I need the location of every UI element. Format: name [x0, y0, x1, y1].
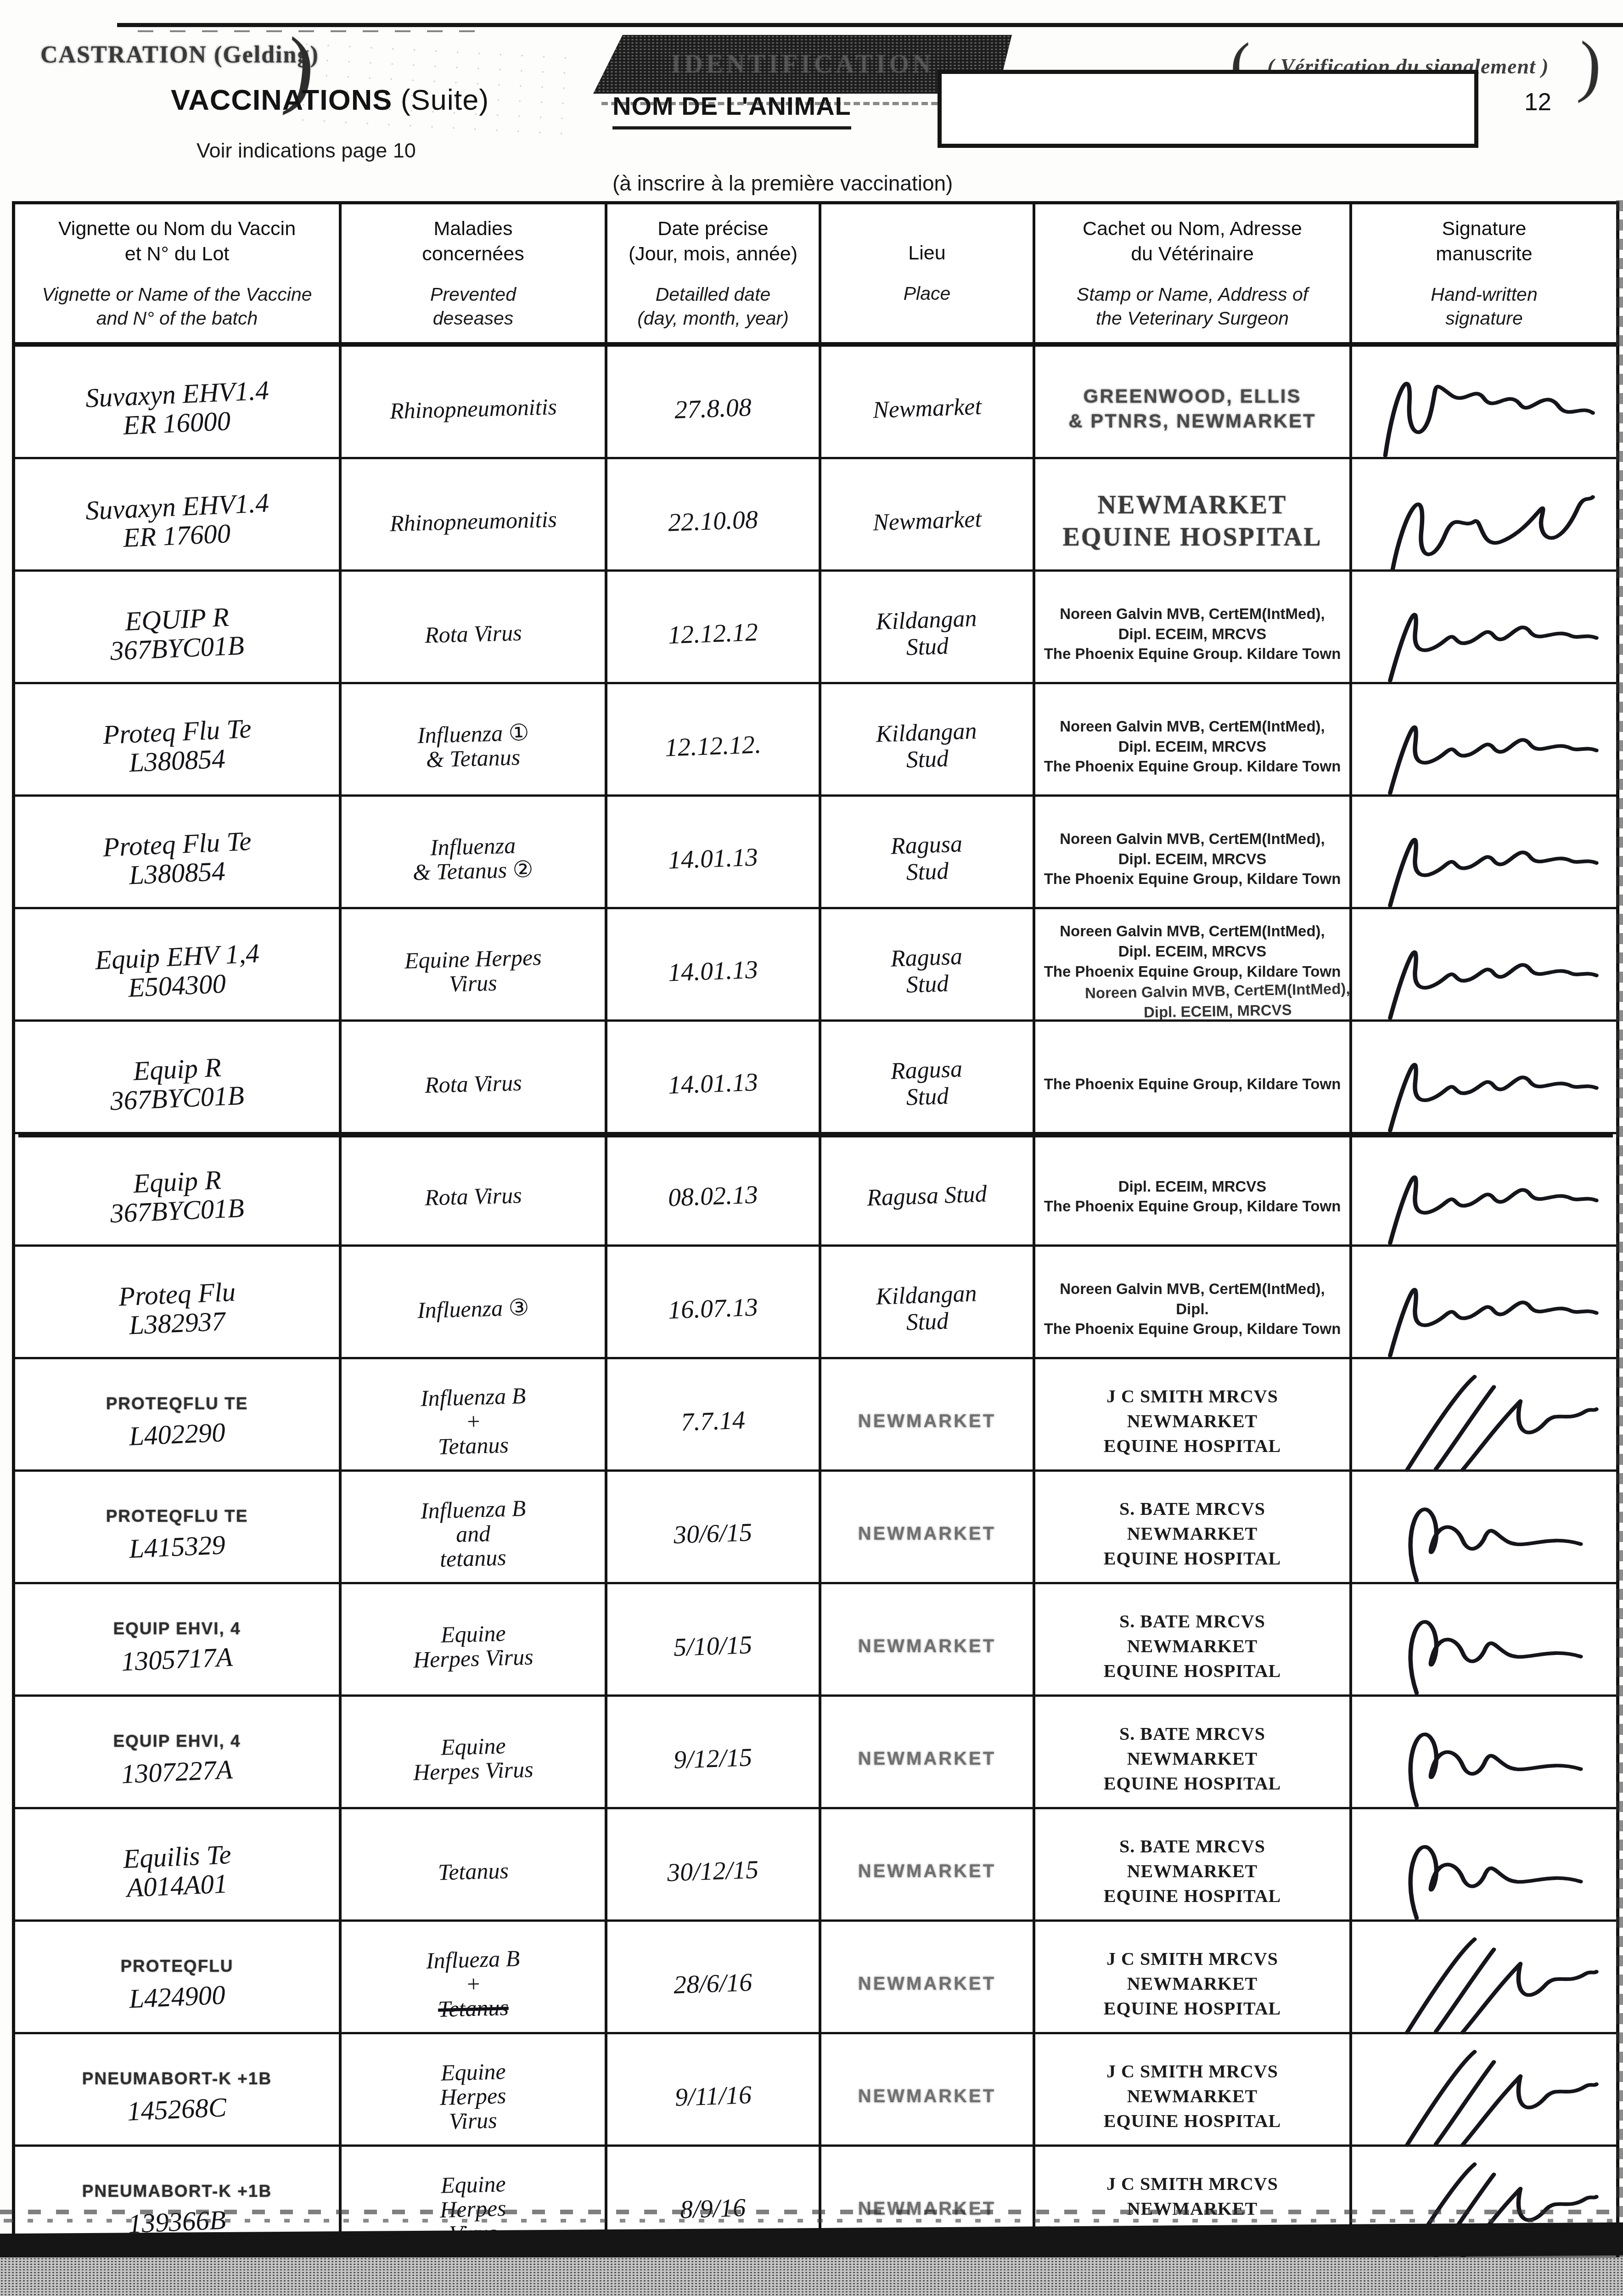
vet-stamp-line: NEWMARKET — [1127, 1521, 1258, 1546]
table-row: PROTEQFLUL424900Influeza B+Tetanus28/6/1… — [15, 1922, 1616, 2034]
disease-cell: Influenza ①& Tetanus — [342, 684, 607, 809]
disease-cell: EquineHerpes Virus — [342, 1697, 607, 1821]
place-cell: NEWMARKET — [821, 1809, 1035, 1934]
vet-stamp-line: Noreen Galvin MVB, CertEM(IntMed), — [1060, 604, 1325, 624]
vet-stamp-line: J C SMITH MRCVS — [1106, 2059, 1278, 2084]
vaccine-cell: Proteq Flu TeL380854 — [15, 797, 342, 921]
vet-stamp-cell: S. BATE MRCVSNEWMARKETEQUINE HOSPITAL — [1035, 1472, 1352, 1596]
vaccine-cell: Equip R367BYC01B — [15, 1134, 342, 1259]
place-text: Ragusa Stud — [866, 1181, 987, 1212]
signature-scribble — [1364, 1033, 1605, 1135]
top-edge-line — [117, 23, 1623, 27]
vet-stamp-line: EQUINE HOSPITAL — [1104, 1546, 1281, 1571]
place-text: Kildangan Stud — [876, 1280, 978, 1337]
disease-line: Tetanus — [438, 1433, 509, 1459]
vaccine-cell: PROTEQFLU TEL415329 — [15, 1472, 342, 1596]
col-header-vaccine-fr: Vignette ou Nom du Vaccin et N° du Lot — [58, 216, 296, 267]
place-text: NEWMARKET — [858, 1524, 996, 1544]
signature-cell — [1352, 1584, 1616, 1709]
vaccine-line: PROTEQFLU TE — [106, 1507, 248, 1526]
col-header-date-fr: Date précise (Jour, mois, année) — [629, 216, 797, 267]
vaccine-line: L382937 — [128, 1307, 225, 1340]
table-row: Equip EHV 1,4E504300Equine HerpesVirus14… — [15, 909, 1616, 1022]
table-row: Equip R367BYC01BRota Virus14.01.13Ragusa… — [15, 1022, 1616, 1134]
place-text: NEWMARKET — [858, 2086, 996, 2107]
place-cell: Kildangan Stud — [821, 1247, 1035, 1371]
place-text: Kildangan Stud — [876, 605, 978, 662]
vaccine-line: 367BYC01B — [109, 631, 244, 666]
col-header-stamp: Cachet ou Nom, Adresse du Vétérinaire St… — [1035, 204, 1352, 342]
table-row: EQUIP EHVI, 41305717AEquineHerpes Virus5… — [15, 1584, 1616, 1697]
disease-cell: Influenza B+Tetanus — [342, 1359, 607, 1484]
signature-scribble — [1364, 1596, 1605, 1697]
disease-line: Influeza B — [426, 1946, 520, 1973]
place-text: Newmarket — [872, 506, 982, 536]
table-row: EQUIP R367BYC01BRota Virus12.12.12Kildan… — [15, 572, 1616, 684]
disease-line: + — [465, 1971, 481, 1996]
vet-stamp-cell: S. BATE MRCVSNEWMARKETEQUINE HOSPITAL — [1035, 1809, 1352, 1934]
disease-line: Herpes Virus — [413, 1757, 534, 1785]
vet-stamp-line: S. BATE MRCVS — [1119, 1609, 1265, 1634]
disease-cell: EquineHerpes Virus — [342, 1584, 607, 1709]
place-text: Newmarket — [872, 394, 982, 424]
vet-stamp-line: Dipl. ECEIM, MRCVS — [1118, 941, 1267, 962]
date-cell: 28/6/16 — [607, 1922, 821, 2046]
date-text: 14.01.13 — [668, 843, 758, 875]
vet-stamp-line: NEWMARKET — [1127, 1634, 1258, 1659]
signature-scribble — [1364, 1708, 1605, 1810]
signature-cell — [1352, 2034, 1616, 2159]
vet-stamp-line: EQUINE HOSPITAL — [1062, 521, 1322, 553]
signature-cell — [1352, 1922, 1616, 2046]
vet-stamp-line: S. BATE MRCVS — [1119, 1834, 1265, 1859]
vet-stamp-line: The Phoenix Equine Group, Kildare Town — [1044, 1196, 1341, 1216]
signature-cell — [1352, 1247, 1616, 1371]
col-header-vaccine-en: Vignette or Name of the Vaccine and N° o… — [42, 282, 312, 331]
signature-scribble — [1364, 2046, 1605, 2147]
place-cell: Kildangan Stud — [821, 572, 1035, 696]
disease-cell: Influenza& Tetanus ② — [342, 797, 607, 921]
vaccine-cell: EQUIP EHVI, 41305717A — [15, 1584, 342, 1709]
place-cell: Ragusa Stud — [821, 797, 1035, 921]
vet-stamp-line: Noreen Galvin MVB, CertEM(IntMed), — [1060, 1279, 1325, 1299]
vaccine-line: L380854 — [128, 744, 225, 778]
page-title: VACCINATIONS (Suite) — [171, 84, 489, 117]
date-cell: 08.02.13 — [607, 1134, 821, 1259]
date-text: 9/12/15 — [673, 1743, 753, 1775]
signature-cell — [1352, 909, 1616, 1034]
vet-stamp-line: The Phoenix Equine Group, Kildare Town — [1044, 962, 1341, 982]
signature-scribble — [1364, 583, 1605, 685]
col-header-signature: Signature manuscrite Hand-written signat… — [1352, 204, 1616, 342]
page-subtitle: Voir indications page 10 — [197, 139, 416, 163]
vet-stamp-line: Dipl. ECEIM, MRCVS — [1118, 1176, 1267, 1197]
vet-stamp-cell: J C SMITH MRCVSNEWMARKETEQUINE HOSPITAL — [1035, 1922, 1352, 2046]
date-cell: 12.12.12 — [607, 572, 821, 696]
vaccine-line: 145268C — [127, 2093, 227, 2126]
signature-cell — [1352, 1809, 1616, 1934]
place-text: NEWMARKET — [858, 1749, 996, 1769]
col-header-place-fr: Lieu — [908, 241, 945, 266]
vet-stamp-line: J C SMITH MRCVS — [1106, 1947, 1278, 1971]
vaccine-line: PNEUMABORT-K +1B — [82, 2182, 272, 2201]
date-text: 14.01.13 — [668, 1068, 758, 1100]
vet-stamp-cell: Noreen Galvin MVB, CertEM(IntMed),Dipl. … — [1035, 684, 1352, 809]
place-cell: NEWMARKET — [821, 2034, 1035, 2159]
date-text: 22.10.08 — [668, 505, 758, 538]
page-title-suffix-text: (Suite) — [401, 84, 489, 116]
page-title-main: VACCINATIONS — [171, 84, 392, 116]
col-header-vaccine: Vignette ou Nom du Vaccin et N° du Lot V… — [15, 204, 342, 342]
vaccine-cell: EQUIP R367BYC01B — [15, 572, 342, 696]
vet-stamp-cell: Noreen Galvin MVB, CertEM(IntMed),Dipl.T… — [1035, 1247, 1352, 1371]
disease-line: Rota Virus — [424, 1183, 522, 1210]
vet-stamp-line: GREENWOOD, ELLIS — [1083, 384, 1301, 409]
disease-line: Influenza B — [420, 1384, 526, 1411]
vaccine-cell: Proteq Flu TeL380854 — [15, 684, 342, 809]
disease-line: & Tetanus — [426, 745, 520, 772]
vaccine-line: L424900 — [128, 1980, 225, 2014]
date-cell: 7.7.14 — [607, 1359, 821, 1484]
col-header-signature-fr: Signature manuscrite — [1436, 216, 1532, 267]
disease-cell: Rota Virus — [342, 1022, 607, 1146]
vaccine-line: ER 16000 — [123, 406, 231, 440]
disease-line: Influenza ③ — [417, 1295, 529, 1322]
vaccine-cell: Equilis TeA014A01 — [15, 1809, 342, 1934]
disease-line: tetanus — [440, 1545, 507, 1571]
date-cell: 14.01.13 — [607, 1022, 821, 1146]
date-cell: 9/12/15 — [607, 1697, 821, 1821]
disease-line: Herpes — [440, 2083, 507, 2110]
signature-scribble — [1364, 1821, 1605, 1922]
disease-line: and — [455, 1521, 490, 1547]
vaccine-cell: PROTEQFLU TEL402290 — [15, 1359, 342, 1484]
vet-stamp-line: Noreen Galvin MVB, CertEM(IntMed), — [1085, 979, 1350, 1003]
disease-line: Herpes Virus — [413, 1645, 534, 1672]
vaccine-line: A014A01 — [126, 1869, 228, 1903]
table-row: PROTEQFLU TEL415329Influenza Bandtetanus… — [15, 1472, 1616, 1584]
vaccine-cell: Equip EHV 1,4E504300 — [15, 909, 342, 1034]
vet-stamp-line: The Phoenix Equine Group. Kildare Town — [1044, 644, 1341, 664]
signature-scribble — [1364, 921, 1605, 1022]
date-text: 9/11/16 — [674, 2080, 752, 2112]
col-header-disease-en: Prevented deseases — [430, 282, 516, 331]
table-row: EQUIP EHVI, 41307227AEquineHerpes Virus9… — [15, 1697, 1616, 1809]
signature-scribble — [1364, 808, 1605, 910]
bracket-right-mark: ) — [1576, 26, 1604, 106]
vet-stamp-line: Dipl. ECEIM, MRCVS — [1143, 1000, 1292, 1022]
place-cell: NEWMARKET — [821, 1922, 1035, 2046]
disease-line: Rhinopneumonitis — [389, 394, 557, 423]
vet-stamp-cell: Noreen Galvin MVB, CertEM(IntMed),Dipl. … — [1035, 909, 1352, 1034]
disease-line: Influenza ① — [417, 720, 529, 748]
date-cell: 9/11/16 — [607, 2034, 821, 2159]
place-cell: Kildangan Stud — [821, 684, 1035, 809]
vaccine-line: 1305717A — [121, 1642, 233, 1676]
disease-cell: Tetanus — [342, 1809, 607, 1934]
date-cell: 16.07.13 — [607, 1247, 821, 1371]
signature-cell — [1352, 1697, 1616, 1821]
date-cell: 12.12.12. — [607, 684, 821, 809]
bottom-halftone-band — [0, 2257, 1623, 2296]
disease-line: Influenza B — [420, 1496, 526, 1523]
disease-line: + — [465, 1409, 481, 1434]
vet-stamp-line: NEWMARKET — [1127, 1409, 1258, 1434]
vet-stamp-line: EQUINE HOSPITAL — [1104, 1771, 1281, 1796]
vaccine-line: 367BYC01B — [109, 1081, 244, 1116]
disease-cell: Rota Virus — [342, 572, 607, 696]
signature-cell — [1352, 1472, 1616, 1596]
date-cell: 22.10.08 — [607, 459, 821, 584]
vaccine-line: Equip R — [132, 1165, 221, 1198]
disease-cell: Equine HerpesVirus — [342, 909, 607, 1034]
disease-cell: Influenza Bandtetanus — [342, 1472, 607, 1596]
table-row: PROTEQFLU TEL402290Influenza B+Tetanus7.… — [15, 1359, 1616, 1472]
date-cell: 27.8.08 — [607, 347, 821, 471]
disease-line: Influenza — [430, 833, 516, 860]
place-cell: Ragusa Stud — [821, 909, 1035, 1034]
signature-cell — [1352, 1359, 1616, 1484]
vaccine-line: L402290 — [128, 1418, 225, 1451]
disease-cell: Rhinopneumonitis — [342, 347, 607, 471]
disease-cell: Influeza B+Tetanus — [342, 1922, 607, 2046]
signature-cell — [1352, 347, 1616, 471]
vaccine-cell: Suvaxyn EHV1.4ER 16000 — [15, 347, 342, 471]
disease-line: Equine — [440, 1621, 506, 1648]
vet-stamp-line: S. BATE MRCVS — [1119, 1722, 1265, 1746]
vaccine-cell: Proteq FluL382937 — [15, 1247, 342, 1371]
vet-stamp-cell: Noreen Galvin MVB, CertEM(IntMed),Dipl. … — [1035, 797, 1352, 921]
table-row: Equilis TeA014A01Tetanus30/12/15NEWMARKE… — [15, 1809, 1616, 1922]
date-text: 30/6/15 — [673, 1518, 753, 1550]
signature-scribble — [1364, 696, 1605, 797]
vaccine-line: PNEUMABORT-K +1B — [82, 2069, 272, 2088]
vaccine-cell: Equip R367BYC01B — [15, 1022, 342, 1146]
vaccine-line: ER 17600 — [123, 519, 231, 553]
vaccine-line: EQUIP EHVI, 4 — [113, 1619, 241, 1638]
vet-stamp-line: NEWMARKET — [1127, 2084, 1258, 2109]
disease-line: Virus — [449, 971, 497, 996]
date-cell: 14.01.13 — [607, 797, 821, 921]
vaccine-line: 1307227A — [121, 1755, 233, 1789]
animal-name-note: (à inscrire à la première vaccination) — [612, 171, 953, 196]
signature-scribble — [1364, 1933, 1605, 2035]
vet-stamp-cell: S. BATE MRCVSNEWMARKETEQUINE HOSPITAL — [1035, 1697, 1352, 1821]
place-cell: Newmarket — [821, 347, 1035, 471]
date-text: 08.02.13 — [668, 1180, 758, 1213]
signature-cell — [1352, 572, 1616, 696]
col-header-date: Date précise (Jour, mois, année) Detaill… — [607, 204, 821, 342]
date-text: 16.07.13 — [668, 1293, 758, 1325]
vaccine-line: L380854 — [128, 857, 225, 890]
place-cell: Newmarket — [821, 459, 1035, 584]
date-cell: 5/10/15 — [607, 1584, 821, 1709]
table-row: Equip R367BYC01BRota Virus08.02.13Ragusa… — [15, 1134, 1616, 1247]
vet-stamp-cell: GREENWOOD, ELLIS& PTNRS, NEWMARKET — [1035, 347, 1352, 471]
tab-castration-label: CASTRATION (Gelding) — [40, 41, 319, 68]
date-text: 28/6/16 — [673, 1968, 753, 2000]
signature-cell — [1352, 1134, 1616, 1259]
vaccine-line: Proteq Flu Te — [102, 827, 252, 862]
disease-line: Equine — [440, 2172, 506, 2198]
scanned-passport-page: CASTRATION (Gelding) ) IDENTIFICATION ( … — [0, 0, 1623, 2296]
vet-stamp-line: EQUINE HOSPITAL — [1104, 1996, 1281, 2021]
vet-stamp-cell: S. BATE MRCVSNEWMARKETEQUINE HOSPITAL — [1035, 1584, 1352, 1709]
disease-line: Equine Herpes — [404, 945, 542, 973]
disease-cell: Influenza ③ — [342, 1247, 607, 1371]
vaccine-line: Equip EHV 1,4 — [94, 939, 259, 975]
signature-cell — [1352, 1022, 1616, 1146]
date-cell: 30/6/15 — [607, 1472, 821, 1596]
place-text: Ragusa Stud — [890, 831, 964, 887]
col-header-disease-fr: Maladies concernées — [422, 216, 524, 267]
bottom-speckle-row — [0, 2205, 1623, 2226]
vet-stamp-line: Dipl. — [1176, 1299, 1209, 1319]
vaccine-cell: Suvaxyn EHV1.4ER 17600 — [15, 459, 342, 584]
date-cell: 14.01.13 — [607, 909, 821, 1034]
disease-cell: Rhinopneumonitis — [342, 459, 607, 584]
vet-stamp-line: EQUINE HOSPITAL — [1104, 2109, 1281, 2133]
vaccine-line: Suvaxyn EHV1.4 — [84, 488, 269, 525]
signature-scribble — [1364, 1483, 1605, 1585]
vaccine-line: PROTEQFLU TE — [106, 1394, 248, 1413]
vaccine-line: Suvaxyn EHV1.4 — [84, 376, 269, 413]
vaccine-line: E504300 — [128, 969, 227, 1003]
disease-line: Rhinopneumonitis — [389, 507, 557, 536]
disease-cell: EquineHerpesVirus — [342, 2034, 607, 2159]
vaccine-cell: PNEUMABORT-K +1B145268C — [15, 2034, 342, 2159]
vet-stamp-line: NEWMARKET — [1127, 1859, 1258, 1884]
animal-name-box — [938, 70, 1478, 148]
vet-stamp-line: & PTNRS, NEWMARKET — [1068, 409, 1316, 434]
place-text: Ragusa Stud — [890, 1056, 964, 1112]
date-text: 14.01.13 — [668, 955, 758, 988]
place-cell: NEWMARKET — [821, 1359, 1035, 1484]
vet-stamp-line: NEWMARKET — [1127, 1746, 1258, 1771]
vet-stamp-cell: NEWMARKETEQUINE HOSPITAL — [1035, 459, 1352, 584]
disease-line: Virus — [449, 2108, 497, 2133]
place-text: Kildangan Stud — [876, 718, 978, 775]
vaccine-line: L415329 — [128, 1530, 225, 1564]
vaccination-table: Vignette ou Nom du Vaccin et N° du Lot V… — [12, 201, 1619, 2260]
table-row: PNEUMABORT-K +1B145268CEquineHerpesVirus… — [15, 2034, 1616, 2147]
vet-stamp-line: EQUINE HOSPITAL — [1104, 1884, 1281, 1908]
disease-line: Equine — [440, 2059, 506, 2085]
date-text: 30/12/15 — [667, 1855, 759, 1888]
vet-stamp-line: Noreen Galvin MVB, CertEM(IntMed), — [1060, 829, 1325, 849]
vet-stamp-line: The Phoenix Equine Group, Kildare Town — [1044, 1074, 1341, 1094]
vaccine-cell: PROTEQFLUL424900 — [15, 1922, 342, 2046]
vet-stamp-line: Dipl. ECEIM, MRCVS — [1118, 849, 1267, 869]
vet-stamp-cell: Noreen Galvin MVB, CertEM(IntMed),Dipl. … — [1035, 572, 1352, 696]
signature-scribble — [1364, 1258, 1605, 1360]
page-number: 12 — [1524, 88, 1551, 116]
signature-cell — [1352, 459, 1616, 584]
vet-stamp-line: S. BATE MRCVS — [1119, 1497, 1265, 1521]
vet-stamp-line: EQUINE HOSPITAL — [1104, 1434, 1281, 1458]
vaccine-line: PROTEQFLU — [120, 1957, 233, 1976]
right-edge-artifact — [1616, 197, 1623, 2217]
disease-line: Equine — [440, 1734, 506, 1760]
place-text: NEWMARKET — [858, 1861, 996, 1882]
animal-name-label: NOM DE L'ANIMAL — [612, 91, 851, 129]
col-header-place: Lieu Place — [821, 204, 1035, 342]
vet-stamp-line: Noreen Galvin MVB, CertEM(IntMed), — [1060, 921, 1325, 941]
vet-stamp-line: Dipl. ECEIM, MRCVS — [1118, 624, 1267, 644]
vet-stamp-cell: J C SMITH MRCVSNEWMARKETEQUINE HOSPITAL — [1035, 1359, 1352, 1484]
col-header-disease: Maladies concernées Prevented deseases — [342, 204, 607, 342]
vaccine-line: EQUIP EHVI, 4 — [113, 1732, 241, 1751]
table-row: Suvaxyn EHV1.4ER 16000Rhinopneumonitis27… — [15, 347, 1616, 459]
place-text: NEWMARKET — [858, 1636, 996, 1657]
signature-scribble — [1364, 358, 1605, 460]
vet-stamp-line: NEWMARKET — [1098, 489, 1287, 521]
disease-line: Tetanus — [438, 1995, 509, 2021]
vet-stamp-line: The Phoenix Equine Group, Kildare Town — [1044, 869, 1341, 889]
vet-stamp-line: Dipl. ECEIM, MRCVS — [1118, 737, 1267, 757]
place-text: NEWMARKET — [858, 1411, 996, 1432]
signature-scribble — [1364, 1371, 1605, 1472]
table-header-row: Vignette ou Nom du Vaccin et N° du Lot V… — [15, 204, 1616, 347]
tab-identification-label: IDENTIFICATION — [671, 50, 934, 79]
vaccine-line: 367BYC01B — [109, 1193, 244, 1228]
signature-scribble — [1364, 471, 1605, 572]
disease-cell: Rota Virus — [342, 1134, 607, 1259]
vet-stamp-line: The Phoenix Equine Group, Kildare Town — [1044, 1319, 1341, 1339]
table-row: Proteq Flu TeL380854Influenza& Tetanus ②… — [15, 797, 1616, 909]
date-cell: 30/12/15 — [607, 1809, 821, 1934]
col-header-date-en: Detailled date (day, month, year) — [637, 282, 789, 331]
place-cell: Ragusa Stud — [821, 1022, 1035, 1146]
place-text: Ragusa Stud — [890, 943, 964, 999]
signature-cell — [1352, 684, 1616, 809]
date-text: 7.7.14 — [680, 1406, 746, 1437]
place-cell: NEWMARKET — [821, 1697, 1035, 1821]
vet-stamp-line: NEWMARKET — [1127, 1971, 1258, 1996]
signature-cell — [1352, 797, 1616, 921]
vet-stamp-line: J C SMITH MRCVS — [1106, 1384, 1278, 1409]
place-cell: NEWMARKET — [821, 1472, 1035, 1596]
col-header-signature-en: Hand-written signature — [1431, 282, 1537, 331]
vet-stamp-cell: J C SMITH MRCVSNEWMARKETEQUINE HOSPITAL — [1035, 2034, 1352, 2159]
vet-stamp-line: The Phoenix Equine Group. Kildare Town — [1044, 756, 1341, 777]
disease-line: Rota Virus — [424, 620, 522, 647]
date-text: 5/10/15 — [673, 1630, 753, 1662]
signature-scribble — [1364, 1146, 1605, 1247]
place-text: NEWMARKET — [858, 1974, 996, 1994]
disease-line: Rota Virus — [424, 1070, 522, 1097]
vet-stamp-cell: Dipl. ECEIM, MRCVSThe Phoenix Equine Gro… — [1035, 1134, 1352, 1259]
disease-line: Tetanus — [438, 1858, 509, 1885]
col-header-stamp-fr: Cachet ou Nom, Adresse du Vétérinaire — [1083, 216, 1302, 267]
place-cell: NEWMARKET — [821, 1584, 1035, 1709]
vet-stamp-cell: The Phoenix Equine Group, Kildare Town — [1035, 1022, 1352, 1146]
vet-stamp-line: EQUINE HOSPITAL — [1104, 1659, 1281, 1683]
table-row: Suvaxyn EHV1.4ER 17600Rhinopneumonitis22… — [15, 459, 1616, 572]
date-text: 12.12.12 — [668, 618, 758, 650]
table-row: Proteq Flu TeL380854Influenza ①& Tetanus… — [15, 684, 1616, 797]
vaccine-line: Equip R — [132, 1052, 221, 1086]
col-header-stamp-en: Stamp or Name, Address of the Veterinary… — [1077, 282, 1308, 331]
vaccine-cell: EQUIP EHVI, 41307227A — [15, 1697, 342, 1821]
table-body: Suvaxyn EHV1.4ER 16000Rhinopneumonitis27… — [15, 347, 1616, 2257]
vaccine-line: Proteq Flu Te — [102, 714, 252, 750]
disease-line: & Tetanus ② — [413, 857, 534, 885]
table-row: Proteq FluL382937Influenza ③16.07.13Kild… — [15, 1247, 1616, 1359]
col-header-place-en: Place — [904, 281, 951, 305]
date-text: 27.8.08 — [674, 393, 752, 425]
place-cell: Ragusa Stud — [821, 1134, 1035, 1259]
